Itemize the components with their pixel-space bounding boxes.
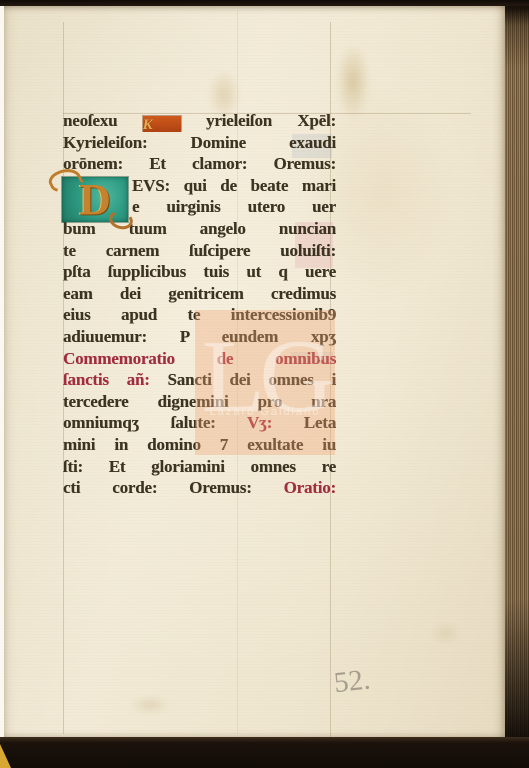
page-left-edge [0, 6, 4, 737]
text-line-2: Kyrieleiſon: Domine exaudi [63, 132, 336, 154]
text-line-3: orōnem: Et clamor: Oremus: [63, 153, 336, 175]
ruling-line-vertical-faint [237, 10, 238, 734]
body-text: EVS: qui de beate mari [132, 176, 336, 195]
text-line-8: pſta ſupplicibus tuis ut q uere [63, 261, 336, 283]
text-line-11: adiuuemur: P eundem xpʒ [63, 326, 336, 348]
text-line-12: Commemoratio de omnibus [63, 348, 336, 370]
folio-number: 52. [332, 661, 397, 700]
rubric-text: Commemoratio de omnibus [63, 349, 336, 368]
text-line-1: neoſexu K yrieleiſon Xpēl: [63, 110, 336, 132]
drop-cap-initial-d: D [62, 177, 128, 222]
text-line-15: omniumqʒ ſalute: Vʒ: Leta [63, 412, 336, 434]
body-text: eam dei genitricem credimus [63, 284, 336, 303]
parchment-stain [130, 696, 170, 714]
rubric-text: Vʒ: [247, 413, 304, 432]
text-line-14: tercedere dignemini pro nra [63, 391, 336, 413]
body-text: cti corde: Oremus: [63, 478, 284, 497]
ruling-line-vertical-right [330, 22, 331, 738]
rubric-text: Oratio: [284, 478, 336, 497]
binding-top-edge [0, 0, 529, 6]
text-block: neoſexu K yrieleiſon Xpēl:Kyrieleiſon: D… [63, 110, 336, 499]
manuscript-page: neoſexu K yrieleiſon Xpēl:Kyrieleiſon: D… [4, 6, 505, 737]
body-text: ſti: Et gloriamini omnes re [63, 457, 336, 476]
body-text: mini in domino 7 exultate iu [63, 435, 336, 454]
parchment-stain [304, 86, 454, 296]
ruling-line-horizontal-top [63, 113, 471, 114]
ink-offset-smudge [291, 352, 333, 364]
body-text: adiuuemur: P eundem xpʒ [63, 327, 336, 346]
rubric-text: ſanctis añ: [63, 370, 167, 389]
body-text: te carnem ſuſcipere uoluiſti: [63, 241, 336, 260]
text-line-18: cti corde: Oremus: Oratio: [63, 477, 336, 499]
text-line-4: EVS: qui de beate mari [132, 175, 336, 197]
watermark-overlay: LG Lázaro Galdiano [195, 310, 335, 455]
text-line-7: te carnem ſuſcipere uoluiſti: [63, 240, 336, 262]
ink-offset-smudge [292, 134, 332, 158]
body-text: omniumqʒ ſalute: [63, 413, 247, 432]
body-text: yrieleiſon Xpēl: [181, 111, 336, 130]
book-cover-bottom [0, 737, 529, 768]
body-text: bum tuum angelo nuncian [63, 219, 336, 238]
ruling-line-vertical-left [63, 22, 64, 734]
body-text: eius apud te intercessionib9 [63, 305, 336, 324]
parchment-stain [336, 44, 370, 120]
body-text: Leta [304, 413, 336, 432]
text-line-17: ſti: Et gloriamini omnes re [63, 456, 336, 478]
body-text: orōnem: Et clamor: Oremus: [63, 154, 336, 173]
text-line-5: e uirginis utero uer [132, 196, 336, 218]
watermark-monogram: LG [195, 304, 335, 449]
parchment-stain [208, 70, 240, 120]
decorated-initial-k: K [143, 116, 181, 132]
text-line-6: bum tuum angelo nuncian [63, 218, 336, 240]
body-text: neoſexu [63, 111, 143, 130]
body-text: Sancti dei omnes i [167, 370, 336, 389]
manuscript-photo: neoſexu K yrieleiſon Xpēl:Kyrieleiſon: D… [0, 0, 529, 768]
parchment-stain [432, 622, 460, 644]
body-text: e uirginis utero uer [132, 197, 336, 216]
text-line-13: ſanctis añ: Sancti dei omnes i [63, 369, 336, 391]
text-line-16: mini in domino 7 exultate iu [63, 434, 336, 456]
body-text: Kyrieleiſon: Domine exaudi [63, 133, 336, 152]
watermark-caption: Lázaro Galdiano [195, 406, 335, 418]
text-line-10: eius apud te intercessionib9 [63, 304, 336, 326]
book-fore-edge [505, 0, 529, 768]
text-line-9: eam dei genitricem credimus [63, 283, 336, 305]
ink-offset-smudge [295, 222, 333, 268]
body-text: pſta ſupplicibus tuis ut q uere [63, 262, 336, 281]
body-text: tercedere dignemini pro nra [63, 392, 336, 411]
